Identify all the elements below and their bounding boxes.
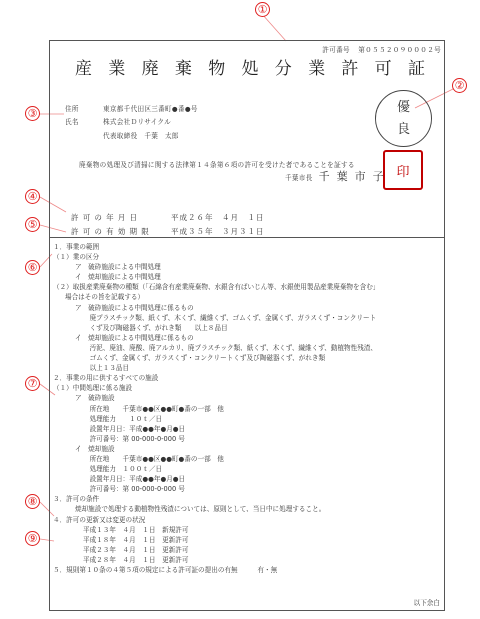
detail-line: （２）取扱産業廃棄物の種類（「石綿含有産業廃棄物、水銀含有ばいじん等、水銀使用製… [53, 282, 379, 292]
detail-line: ３．許可の条件 [53, 494, 379, 504]
detail-line: 所在地 千葉市●●区●●町●番の一部 他 [53, 454, 379, 464]
permit-date-value: 平成２６年 ４月 １日 [171, 212, 265, 223]
detail-line: 許可番号：第 00-000-0-000 号 [53, 434, 379, 444]
detail-line: １．事業の範囲 [53, 242, 379, 252]
permit-number: 許可番号 第０５５２０９０００２号 [322, 44, 441, 54]
permit-number-value: 第０５５２０９０００２号 [358, 46, 441, 54]
title-char: 証 [408, 54, 425, 79]
detail-line: イ 焼却施設による中間処理に係るもの [53, 333, 379, 343]
title-char: 可 [375, 54, 392, 79]
address-label: 住所 [65, 103, 79, 113]
detail-line: 設置年月日：平成●●年●月●日 [53, 474, 379, 484]
title-char: 棄 [175, 54, 192, 79]
official-stamp: 印 [383, 150, 423, 190]
title-char: 許 [341, 54, 358, 79]
detail-line: 平成１８年 ４月 １日 更新許可 [53, 535, 379, 545]
title-char: 業 [108, 54, 125, 79]
permit-details: １．事業の範囲（１）業の区分ア 破砕施設による中間処理イ 焼却施設による中間処理… [53, 242, 379, 575]
detail-line: 平成２３年 ４月 １日 更新許可 [53, 545, 379, 555]
detail-line: くず及び陶磁器くず、がれき類 以上８品目 [53, 323, 379, 333]
permit-certificate: 許可番号 第０５５２０９０００２号 産 業 廃 棄 物 処 分 業 許 可 証 … [49, 40, 445, 611]
expiry-value: 平成３５年 ３月３１日 [171, 226, 265, 237]
title-char: 廃 [142, 54, 159, 79]
detail-line: イ 焼却施設による中間処理 [53, 272, 379, 282]
permit-date-label: 許可の年月日 [71, 212, 141, 223]
excellent-seal: 優 良 [375, 90, 432, 147]
detail-line: 所在地 千葉市●●区●●町●番の一部 他 [53, 404, 379, 414]
detail-line: 汚泥、廃油、廃酸、廃アルカリ、廃プラスチック類、紙くず、木くず、繊維くず、動植物… [53, 343, 379, 353]
annotation-marker-1: ① [255, 2, 270, 17]
permit-number-label: 許可番号 [322, 46, 350, 54]
annotation-marker-3: ③ [25, 106, 40, 121]
expiry-label: 許可の有効期限 [71, 226, 153, 237]
divider [50, 237, 444, 238]
annotation-marker-7: ⑦ [25, 376, 40, 391]
detail-line: 処理能力 １０ｔ／日 [53, 414, 379, 424]
annotation-marker-4: ④ [25, 189, 40, 204]
title-char: 産 [75, 54, 92, 79]
detail-line: 以上１３品目 [53, 363, 379, 373]
footer-note: 以下余白 [414, 597, 440, 607]
detail-line: ア 破砕施設 [53, 393, 379, 403]
title-char: 処 [241, 54, 258, 79]
annotation-marker-2: ② [452, 78, 467, 93]
detail-line: （１）業の区分 [53, 252, 379, 262]
representative: 代表取締役 千葉 太郎 [103, 130, 179, 140]
seal-char: 優 [397, 97, 410, 119]
name-label: 氏名 [65, 116, 79, 126]
detail-line: ア 破砕施設による中間処理に係るもの [53, 303, 379, 313]
annotation-marker-5: ⑤ [25, 217, 40, 232]
issuer-title: 千葉市長 [285, 172, 313, 182]
detail-line: ア 破砕施設による中間処理 [53, 262, 379, 272]
detail-line: 平成１３年 ４月 １日 新規許可 [53, 525, 379, 535]
document-title: 産 業 廃 棄 物 処 分 業 許 可 証 [75, 54, 425, 79]
issuer: 千葉市長 千葉市子 [285, 168, 391, 184]
detail-line: ゴムくず、金属くず、ガラスくず・コンクリートくず及び陶磁器くず、がれき類 [53, 353, 379, 363]
title-char: 業 [308, 54, 325, 79]
detail-line: ２．事業の用に供するすべての施設 [53, 373, 379, 383]
detail-line: 廃プラスチック類、紙くず、木くず、繊維くず、ゴムくず、金属くず、ガラスくず・コン… [53, 313, 379, 323]
detail-line: 設置年月日：平成●●年●月●日 [53, 424, 379, 434]
annotation-marker-6: ⑥ [25, 260, 40, 275]
detail-line: イ 焼却施設 [53, 444, 379, 454]
detail-line: 場合はその旨を記載する） [53, 292, 379, 302]
detail-line: （１）中間処理に係る施設 [53, 383, 379, 393]
address-value: 東京都千代田区三番町●番●号 [103, 103, 198, 113]
title-char: 分 [275, 54, 292, 79]
seal-char: 良 [397, 119, 410, 141]
title-char: 物 [208, 54, 225, 79]
issuer-name: 千葉市子 [319, 168, 391, 184]
annotation-marker-9: ⑨ [25, 531, 40, 546]
detail-line: 焼却施設で処理する動植物性残渣については、原則として、当日中に処理すること。 [53, 504, 379, 514]
detail-line: ４．許可の更新又は変更の状況 [53, 515, 379, 525]
detail-line: 平成２８年 ４月 １日 更新許可 [53, 555, 379, 565]
name-value: 株式会社Ｄリサイクル [103, 116, 171, 126]
detail-line: 許可番号：第 00-000-0-000 号 [53, 484, 379, 494]
stamp-char: 印 [396, 161, 409, 180]
detail-line: 処理能力 １００ｔ／日 [53, 464, 379, 474]
annotation-marker-8: ⑧ [25, 494, 40, 509]
detail-line: ５．規則第１０条の４第５項の規定による許可証の提出の有無 有・無 [53, 565, 379, 575]
